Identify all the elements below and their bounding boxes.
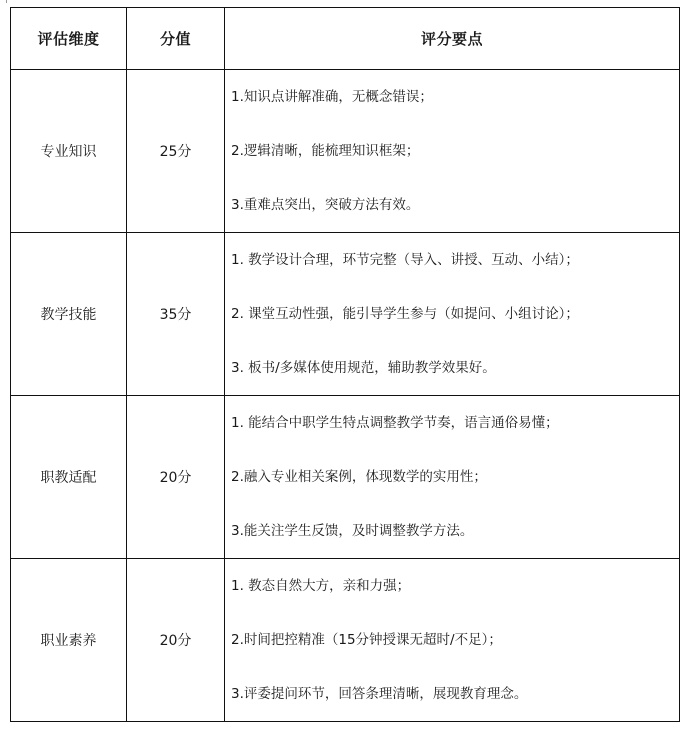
point-item: 3. 板书/多媒体使用规范，辅助教学效果好。 [231, 341, 679, 395]
point-item: 3.能关注学生反馈，及时调整教学方法。 [231, 504, 679, 558]
score-cell: 20分 [127, 396, 225, 559]
dimension-cell: 专业知识 [11, 70, 127, 233]
stray-mark [6, 0, 10, 3]
points-cell: 1. 教学设计合理，环节完整（导入、讲授、互动、小结）； 2. 课堂互动性强，能… [225, 233, 680, 396]
table-row: 职教适配 20分 1. 能结合中职学生特点调整教学节奏，语言通俗易懂； 2.融入… [11, 396, 680, 559]
point-item: 2.融入专业相关案例，体现数学的实用性； [231, 450, 679, 504]
point-item: 1.知识点讲解准确，无概念错误； [231, 70, 679, 124]
point-item: 3.重难点突出，突破方法有效。 [231, 178, 679, 232]
table-row: 职业素养 20分 1. 教态自然大方，亲和力强； 2.时间把控精准（15分钟授课… [11, 559, 680, 722]
evaluation-rubric-table: 评估维度 分值 评分要点 专业知识 25分 1.知识点讲解准确，无概念错误； 2… [10, 7, 680, 722]
dimension-cell: 教学技能 [11, 233, 127, 396]
table-header-row: 评估维度 分值 评分要点 [11, 8, 680, 70]
point-item: 2.时间把控精准（15分钟授课无超时/不足）； [231, 613, 679, 667]
header-points: 评分要点 [225, 8, 680, 70]
point-item: 1. 教态自然大方，亲和力强； [231, 559, 679, 613]
score-cell: 20分 [127, 559, 225, 722]
header-score: 分值 [127, 8, 225, 70]
score-cell: 35分 [127, 233, 225, 396]
point-item: 3.评委提问环节，回答条理清晰，展现教育理念。 [231, 667, 679, 721]
point-item: 1. 教学设计合理，环节完整（导入、讲授、互动、小结）； [231, 233, 679, 287]
score-cell: 25分 [127, 70, 225, 233]
points-cell: 1. 能结合中职学生特点调整教学节奏，语言通俗易懂； 2.融入专业相关案例，体现… [225, 396, 680, 559]
point-item: 1. 能结合中职学生特点调整教学节奏，语言通俗易懂； [231, 396, 679, 450]
points-cell: 1. 教态自然大方，亲和力强； 2.时间把控精准（15分钟授课无超时/不足）； … [225, 559, 680, 722]
points-cell: 1.知识点讲解准确，无概念错误； 2.逻辑清晰，能梳理知识框架； 3.重难点突出… [225, 70, 680, 233]
dimension-cell: 职业素养 [11, 559, 127, 722]
table-row: 专业知识 25分 1.知识点讲解准确，无概念错误； 2.逻辑清晰，能梳理知识框架… [11, 70, 680, 233]
dimension-cell: 职教适配 [11, 396, 127, 559]
header-dimension: 评估维度 [11, 8, 127, 70]
point-item: 2. 课堂互动性强，能引导学生参与（如提问、小组讨论）； [231, 287, 679, 341]
point-item: 2.逻辑清晰，能梳理知识框架； [231, 124, 679, 178]
table-row: 教学技能 35分 1. 教学设计合理，环节完整（导入、讲授、互动、小结）； 2.… [11, 233, 680, 396]
